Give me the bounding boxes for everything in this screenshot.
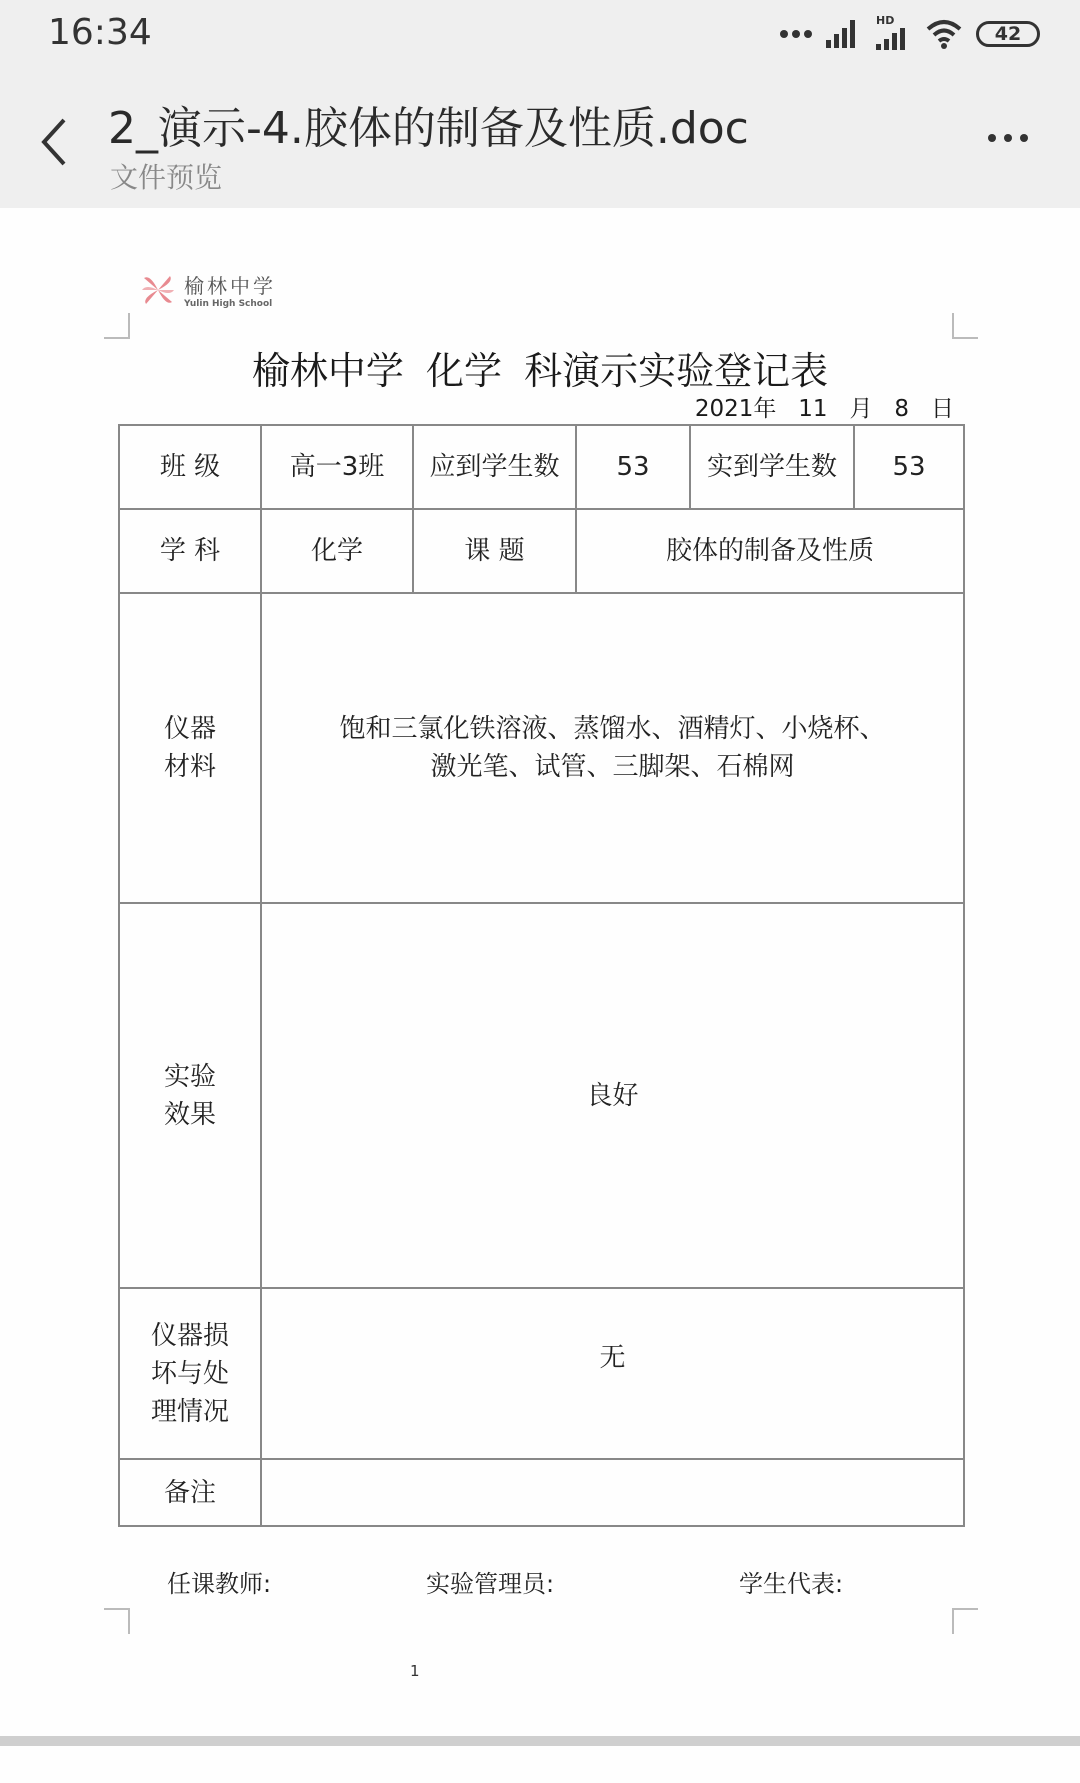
damage-value-text: 无 <box>599 1343 625 1373</box>
topic-label: 课 题 <box>413 509 576 593</box>
status-icons: HD 42 <box>780 14 1040 54</box>
damage-label-line: 理情况 <box>120 1393 260 1431</box>
margin-corner-mark <box>952 1608 978 1634</box>
back-button[interactable] <box>36 112 76 172</box>
materials-label-line: 仪器 <box>120 710 260 748</box>
class-label: 班 级 <box>119 425 261 509</box>
damage-label: 仪器损 坏与处 理情况 <box>119 1288 261 1459</box>
more-options-button[interactable] <box>988 134 1028 142</box>
table-row: 学 科 化学 课 题 胶体的制备及性质 <box>119 509 964 593</box>
damage-label-line: 仪器损 <box>120 1317 260 1355</box>
effect-label: 实验 效果 <box>119 903 261 1288</box>
student-rep-signature-label: 学生代表: <box>739 1564 843 1599</box>
status-bar: 16:34 HD 42 <box>0 0 1080 70</box>
battery-icon: 42 <box>976 21 1040 47</box>
expected-students-value: 53 <box>576 425 690 509</box>
lab-admin-signature-label: 实验管理员: <box>426 1564 554 1599</box>
page-number: 1 <box>410 1662 420 1680</box>
materials-line: 饱和三氯化铁溶液、蒸馏水、酒精灯、小烧杯、 <box>262 710 963 748</box>
effect-label-line: 实验 <box>120 1058 260 1096</box>
document-title: 2_演示-4.胶体的制备及性质.doc <box>108 92 749 156</box>
app-bar: 2_演示-4.胶体的制备及性质.doc 文件预览 <box>0 70 1080 208</box>
table-row: 班 级 高一3班 应到学生数 53 实到学生数 53 <box>119 425 964 509</box>
teacher-signature-label: 任课教师: <box>167 1564 271 1599</box>
chevron-left-icon <box>36 112 76 172</box>
topic-value: 胶体的制备及性质 <box>576 509 964 593</box>
margin-corner-mark <box>952 313 978 339</box>
signal-icon <box>826 20 862 48</box>
table-row: 备注 <box>119 1459 964 1526</box>
actual-students-value: 53 <box>854 425 964 509</box>
materials-value: 饱和三氯化铁溶液、蒸馏水、酒精灯、小烧杯、 激光笔、试管、三脚架、石棉网 <box>261 593 964 903</box>
materials-line: 激光笔、试管、三脚架、石棉网 <box>262 748 963 786</box>
materials-label-line: 材料 <box>120 748 260 786</box>
table-row: 实验 效果 良好 <box>119 903 964 1288</box>
registration-table: 班 级 高一3班 应到学生数 53 实到学生数 53 学 科 化学 课 题 胶体… <box>118 424 965 1527</box>
page-separator <box>0 1736 1080 1746</box>
logo-english-name: Yulin High School <box>184 299 276 309</box>
class-value: 高一3班 <box>261 425 413 509</box>
status-time: 16:34 <box>48 12 152 53</box>
hd-signal-icon: HD <box>876 18 912 50</box>
remarks-value <box>261 1459 964 1526</box>
damage-value: 无 <box>261 1288 964 1459</box>
table-row: 仪器损 坏与处 理情况 无 <box>119 1288 964 1459</box>
document-subtitle: 文件预览 <box>110 156 222 196</box>
table-row: 仪器 材料 饱和三氯化铁溶液、蒸馏水、酒精灯、小烧杯、 激光笔、试管、三脚架、石… <box>119 593 964 903</box>
actual-students-label: 实到学生数 <box>690 425 854 509</box>
pinwheel-logo-icon <box>140 272 176 308</box>
form-date: 2021年 11 月 8 日 <box>695 390 954 423</box>
materials-label: 仪器 材料 <box>119 593 261 903</box>
notification-dots-icon <box>780 30 812 38</box>
expected-students-label: 应到学生数 <box>413 425 576 509</box>
subject-value: 化学 <box>261 509 413 593</box>
wifi-icon <box>926 19 962 49</box>
effect-value: 良好 <box>261 903 964 1288</box>
margin-corner-mark <box>104 313 130 339</box>
hd-label: HD <box>876 14 894 27</box>
remarks-label: 备注 <box>119 1459 261 1526</box>
logo-chinese-name: 榆林中学 <box>184 270 276 299</box>
margin-corner-mark <box>104 1608 130 1634</box>
subject-label: 学 科 <box>119 509 261 593</box>
school-logo: 榆林中学 Yulin High School <box>140 270 276 309</box>
effect-label-line: 效果 <box>120 1096 260 1134</box>
damage-label-line: 坏与处 <box>120 1355 260 1393</box>
form-title: 榆林中学 化学 科演示实验登记表 <box>0 340 1080 395</box>
